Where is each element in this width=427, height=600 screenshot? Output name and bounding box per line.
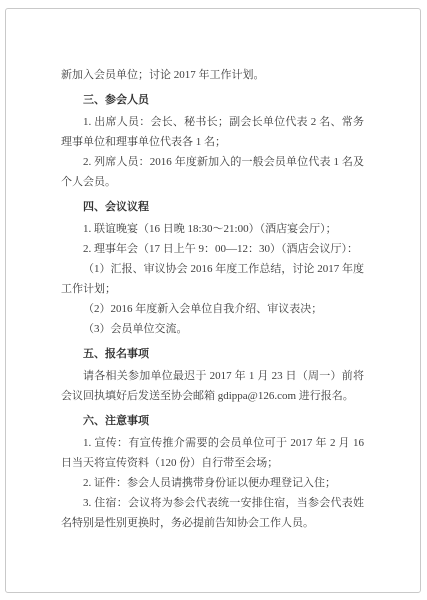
text-line: 1. 宣传：有宣传推介需要的会员单位可于 2017 年 2 月 16	[61, 433, 364, 453]
text-line: 2. 证件：参会人员请携带身份证以便办理登记入住；	[61, 473, 364, 493]
section: 六、注意事项1. 宣传：有宣传推介需要的会员单位可于 2017 年 2 月 16…	[61, 411, 364, 533]
section-heading: 三、参会人员	[61, 90, 364, 110]
paragraph: （1）汇报、审议协会 2016 年度工作总结，讨论 2017 年度工作计划；	[61, 259, 364, 299]
paragraph: 2. 证件：参会人员请携带身份证以便办理登记入住；	[61, 473, 364, 493]
paragraph: （2）2016 年度新入会单位自我介绍、审议表决；	[61, 299, 364, 319]
section-heading: 四、会议议程	[61, 197, 364, 217]
paragraph: 3. 住宿：会议将为参会代表统一安排住宿，当参会代表姓名特别是性别更换时，务必提…	[61, 493, 364, 533]
paragraph: 请各相关参加单位最迟于 2017 年 1 月 23 日（周一）前将会议回执填好后…	[61, 366, 364, 406]
paragraph: 1. 出席人员：会长、秘书长；副会长单位代表 2 名、常务理事单位和理事单位代表…	[61, 112, 364, 152]
paragraph: 2. 列席人员：2016 年度新加入的一般会员单位代表 1 名及个人会员。	[61, 152, 364, 192]
text-line: 个人会员。	[61, 172, 364, 192]
text-line: 理事单位和理事单位代表各 1 名；	[61, 132, 364, 152]
text-line: 日当天将宣传资料（120 份）自行带至会场；	[61, 453, 364, 473]
document-page: 新加入会员单位；讨论 2017 年工作计划。 三、参会人员1. 出席人员：会长、…	[0, 0, 427, 600]
document-body: 新加入会员单位；讨论 2017 年工作计划。 三、参会人员1. 出席人员：会长、…	[61, 65, 364, 533]
text-line: 工作计划；	[61, 279, 364, 299]
paragraph: 2. 理事年会（17 日上午 9：00—12：30）（酒店会议厅）：	[61, 239, 364, 259]
section: 三、参会人员1. 出席人员：会长、秘书长；副会长单位代表 2 名、常务理事单位和…	[61, 90, 364, 192]
text-line: （3）会员单位交流。	[61, 319, 364, 339]
paragraph: 1. 宣传：有宣传推介需要的会员单位可于 2017 年 2 月 16日当天将宣传…	[61, 433, 364, 473]
text-line: 2. 理事年会（17 日上午 9：00—12：30）（酒店会议厅）：	[61, 239, 364, 259]
text-line: 1. 出席人员：会长、秘书长；副会长单位代表 2 名、常务	[61, 112, 364, 132]
text-line: 3. 住宿：会议将为参会代表统一安排住宿，当参会代表姓	[61, 493, 364, 513]
text-line: （1）汇报、审议协会 2016 年度工作总结，讨论 2017 年度	[61, 259, 364, 279]
continuation-paragraph: 新加入会员单位；讨论 2017 年工作计划。	[61, 65, 364, 85]
text-line: 名特别是性别更换时，务必提前告知协会工作人员。	[61, 513, 364, 533]
section-heading: 六、注意事项	[61, 411, 364, 431]
text-line: （2）2016 年度新入会单位自我介绍、审议表决；	[61, 299, 364, 319]
text-line: 1. 联谊晚宴（16 日晚 18:30～21:00）（酒店宴会厅）；	[61, 219, 364, 239]
text-line: 会议回执填好后发送至协会邮箱 gdippa@126.com 进行报名。	[61, 386, 364, 406]
text-line: 请各相关参加单位最迟于 2017 年 1 月 23 日（周一）前将	[61, 366, 364, 386]
section-heading: 五、报名事项	[61, 344, 364, 364]
section: 四、会议议程1. 联谊晚宴（16 日晚 18:30～21:00）（酒店宴会厅）；…	[61, 197, 364, 339]
text-line: 新加入会员单位；讨论 2017 年工作计划。	[61, 65, 364, 85]
section: 五、报名事项请各相关参加单位最迟于 2017 年 1 月 23 日（周一）前将会…	[61, 344, 364, 406]
paragraph: 1. 联谊晚宴（16 日晚 18:30～21:00）（酒店宴会厅）；	[61, 219, 364, 239]
text-line: 2. 列席人员：2016 年度新加入的一般会员单位代表 1 名及	[61, 152, 364, 172]
sections-container: 三、参会人员1. 出席人员：会长、秘书长；副会长单位代表 2 名、常务理事单位和…	[61, 90, 364, 533]
paragraph: （3）会员单位交流。	[61, 319, 364, 339]
